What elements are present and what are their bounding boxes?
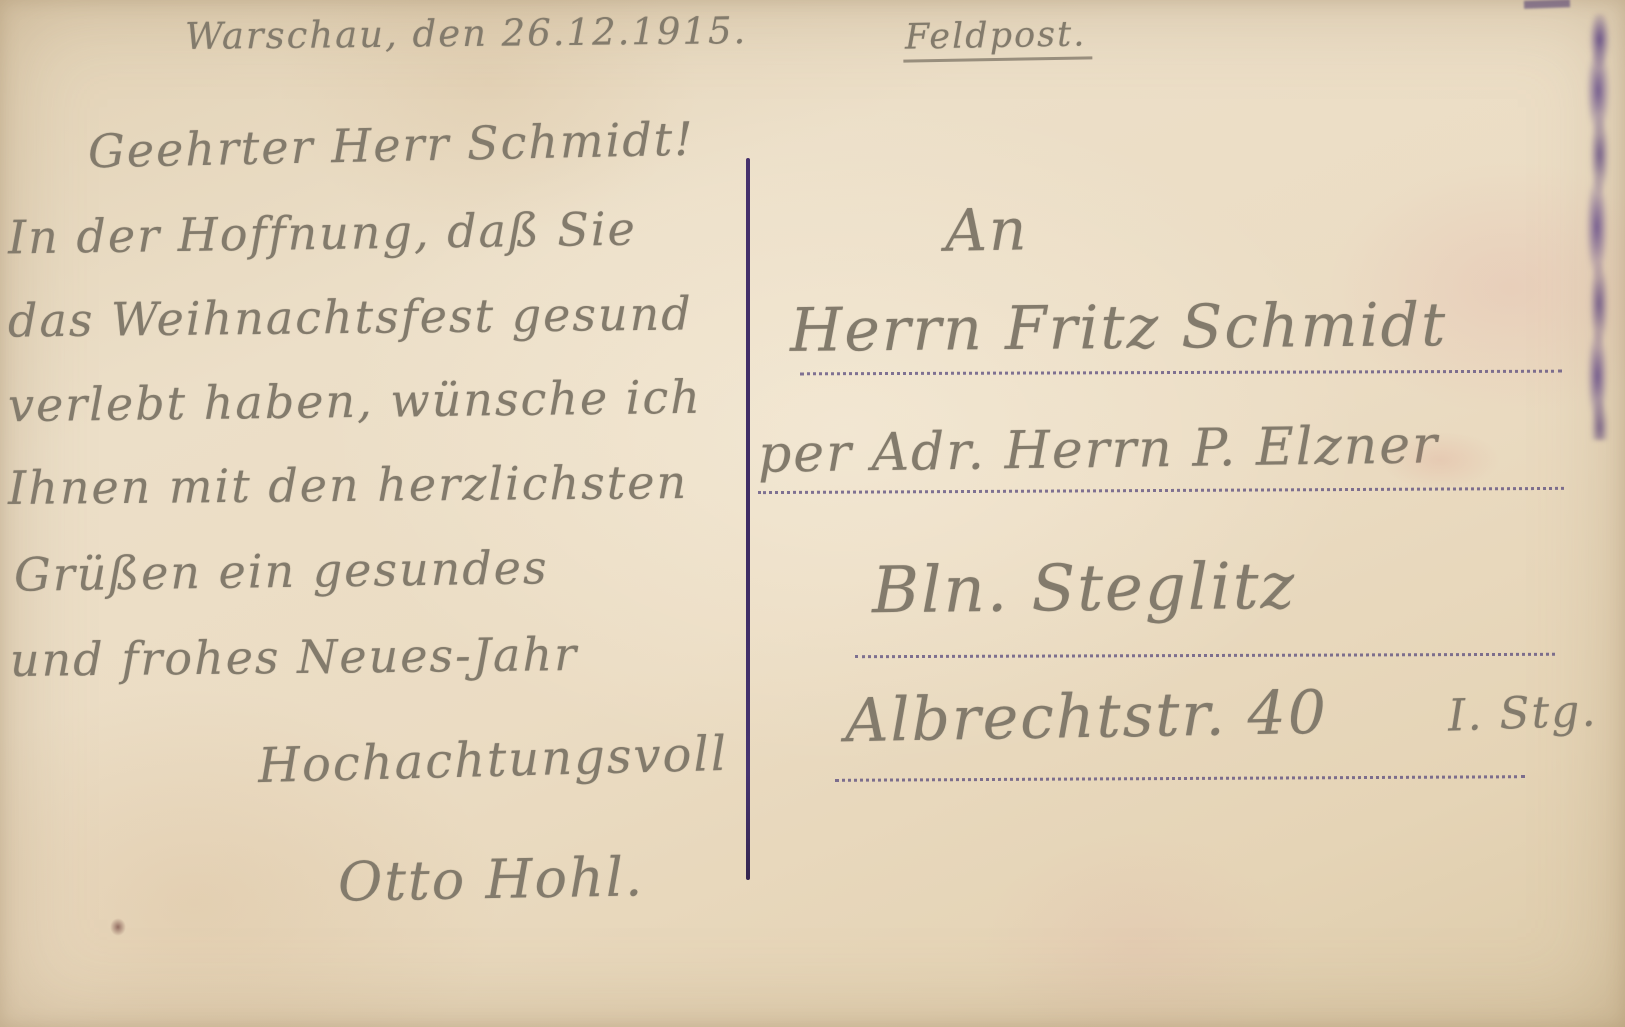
divider-line: [746, 158, 750, 880]
ink-smudge-right-edge: [1584, 14, 1610, 440]
address-city: Bln. Steglitz: [872, 550, 1297, 628]
message-line: Ihnen mit den herzlichsten: [8, 455, 689, 515]
paper-stain: [1380, 430, 1500, 490]
ink-speck-bottom-left: [110, 918, 126, 936]
message-line: das Weihnachtsfest gesund: [8, 286, 693, 347]
address-street: Albrechtstr. 40: [844, 678, 1328, 756]
feldpost-label: Feldpost.: [903, 14, 1093, 62]
address-dotted-line: [855, 653, 1555, 658]
address-care-of: per Adr. Herrn P. Elzner: [758, 415, 1440, 485]
address-floor-suffix: I. Stg.: [1447, 685, 1598, 741]
message-line: und frohes Neues-Jahr: [10, 627, 579, 687]
postcard-scan: Warschau, den 26.12.1915. Feldpost. Geeh…: [0, 0, 1625, 1027]
message-line: Grüßen ein gesundes: [14, 540, 549, 601]
ink-mark-top-right: [1524, 0, 1570, 9]
message-line: In der Hoffnung, daß Sie: [8, 202, 637, 265]
address-recipient: Herrn Fritz Schmidt: [790, 290, 1448, 366]
message-signature: Otto Hohl.: [337, 845, 644, 913]
address-dotted-line: [835, 775, 1525, 782]
message-closing: Hochachtungsvoll: [257, 726, 728, 794]
address-dotted-line: [800, 370, 1562, 376]
message-line: verlebt haben, wünsche ich: [8, 370, 702, 432]
message-salutation: Geehrter Herr Schmidt!: [88, 112, 696, 179]
address-intro: An: [944, 195, 1028, 264]
dateline: Warschau, den 26.12.1915.: [185, 9, 748, 58]
